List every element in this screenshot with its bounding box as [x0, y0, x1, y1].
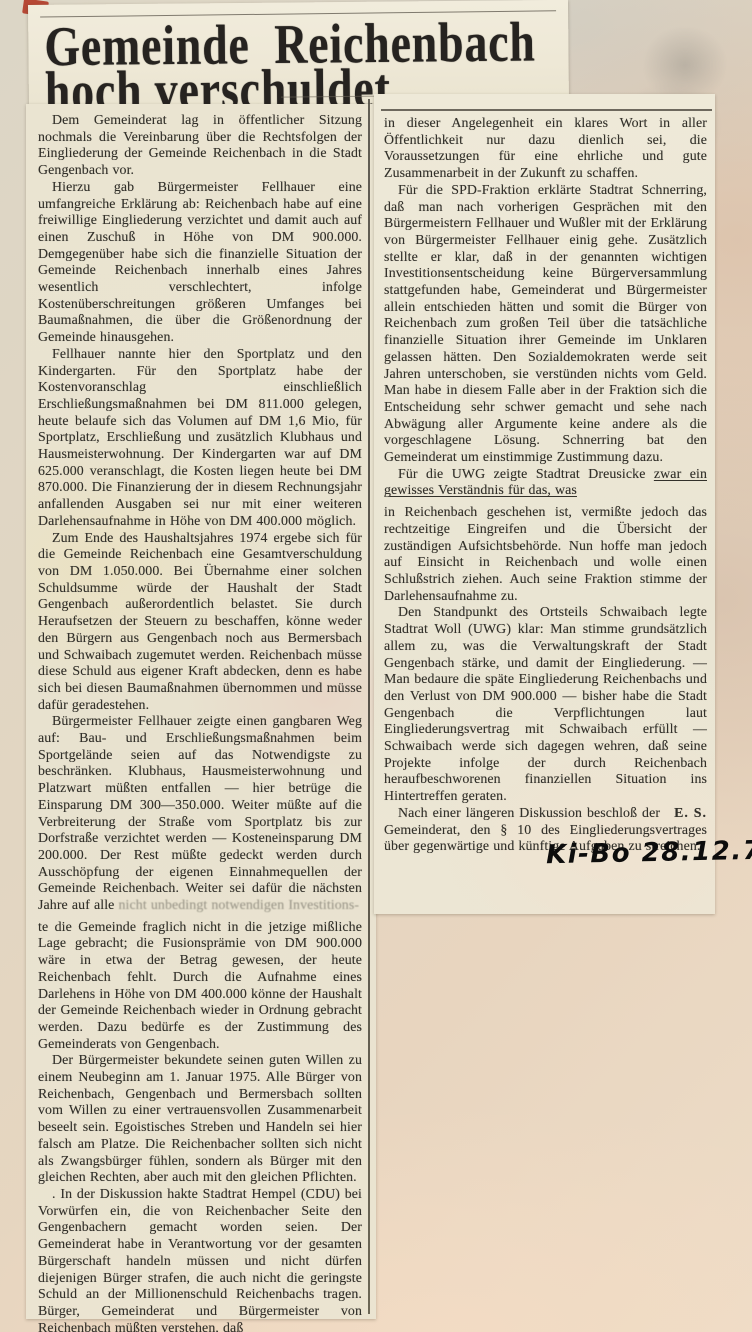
article-paragraph: Den Standpunkt des Ortsteils Schwaibach … — [384, 605, 707, 805]
paragraph-text: Bürgermeister Fellhauer zeigte einen gan… — [38, 714, 362, 913]
right-column-top-rule — [381, 109, 712, 111]
article-paragraph: Für die SPD-Fraktion erklärte Stadtrat S… — [384, 183, 707, 467]
paragraph-text: Für die UWG zeigte Stadtrat Dreusicke — [398, 467, 654, 482]
article-paragraph: Fellhauer nannte hier den Sportplatz und… — [38, 347, 362, 531]
article-paragraph: Der Bürgermeister bekundete seinen guten… — [38, 1053, 362, 1187]
headline-clipping: Gemeinde Reichenbach hoch verschuldet — [28, 0, 569, 108]
article-paragraph: te die Gemeinde fraglich nicht in die je… — [38, 920, 362, 1054]
article-paragraph: in dieser Angelegenheit ein klares Wort … — [384, 116, 707, 183]
faded-print-text: nicht unbedingt notwendigen Investitions… — [119, 898, 360, 913]
left-column: Dem Gemeinderat lag in öffentlicher Sitz… — [38, 113, 362, 1332]
article-paragraph: Dem Gemeinderat lag in öffentlicher Sitz… — [38, 113, 362, 180]
author-initials: E. S. — [660, 806, 707, 823]
article-paragraph: Für die UWG zeigte Stadtrat Dreusicke zw… — [384, 467, 707, 500]
article-paragraph: in Reichenbach geschehen ist, vermißte j… — [384, 505, 707, 605]
scanned-newspaper-page: Gemeinde Reichenbach hoch verschuldet De… — [0, 0, 752, 1332]
article-paragraph: . In der Diskussion hakte Stadtrat Hempe… — [38, 1187, 362, 1332]
handwritten-date-note: Ki-Bo 28.12.74 — [546, 836, 752, 870]
article-paragraph: Zum Ende des Haushaltsjahres 1974 ergebe… — [38, 531, 362, 715]
scan-edge-strip — [0, 0, 26, 1332]
right-column: in dieser Angelegenheit ein klares Wort … — [384, 116, 707, 856]
article-paragraph: Bürgermeister Fellhauer zeigte einen gan… — [38, 714, 362, 914]
article-paragraph: Hierzu gab Bürgermeister Fellhauer eine … — [38, 180, 362, 347]
column-divider-rule — [368, 99, 370, 1314]
